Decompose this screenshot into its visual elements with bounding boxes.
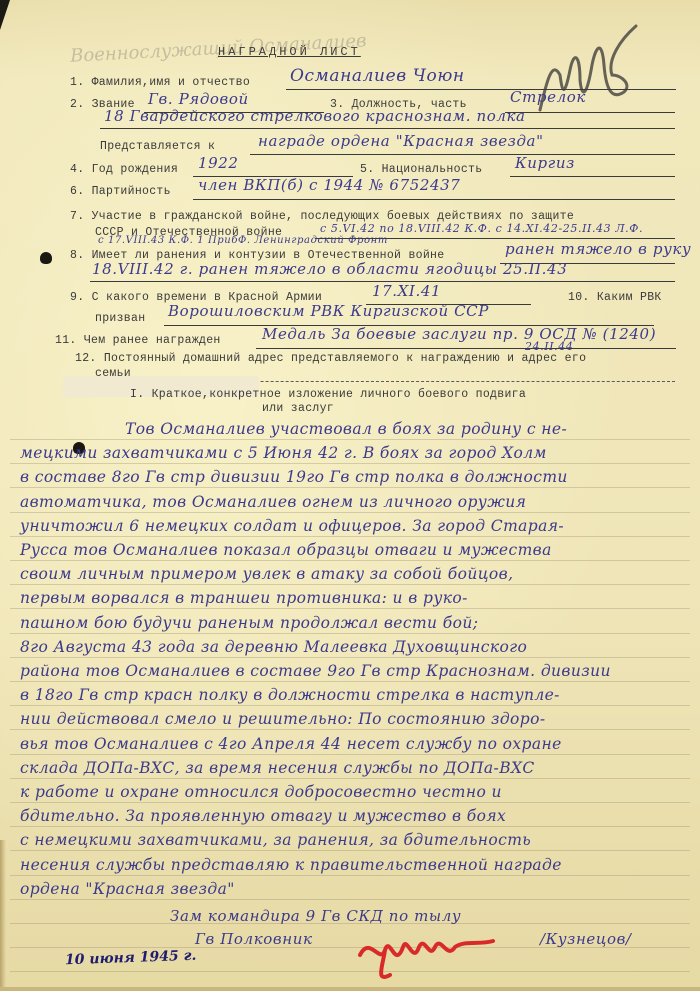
section-heading: I. Краткое,конкретное изложение личного … bbox=[130, 388, 526, 401]
narrative-line: первым ворвался в траншеи противника: и … bbox=[20, 589, 468, 607]
field-value-previous-awards: Медаль За боевые заслуги пр. 9 ОСД № (12… bbox=[262, 325, 656, 343]
field-value-award: награде ордена "Красная звезда" bbox=[258, 132, 544, 150]
field-label-draft-office: 10. Каким РВК bbox=[568, 291, 662, 304]
ruled-line bbox=[10, 778, 690, 779]
field-value-rank: Гв. Рядовой bbox=[148, 90, 249, 108]
ruled-line bbox=[10, 729, 690, 730]
narrative-line: ордена "Красная звезда" bbox=[20, 880, 235, 898]
ruled-line bbox=[10, 439, 690, 440]
narrative-line: Тов Османалиев участвовал в боях за роди… bbox=[125, 420, 567, 438]
ruled-line bbox=[10, 899, 690, 900]
ruled-line bbox=[10, 681, 690, 682]
field-label-drafted: призван bbox=[95, 312, 145, 325]
field-value-nationality: Киргиз bbox=[515, 154, 575, 172]
field-value-name: Османалиев Чоюн bbox=[290, 66, 465, 86]
narrative-line: мецкими захватчиками с 5 Июня 42 г. В бо… bbox=[20, 444, 547, 462]
field-label-party: 6. Партийность bbox=[70, 185, 171, 198]
narrative-line: пашном бою будучи раненым продолжал вест… bbox=[20, 614, 478, 632]
ruled-line bbox=[10, 657, 690, 658]
narrative-line: уничтожил 6 немецких солдат и офицеров. … bbox=[20, 517, 564, 535]
ruled-line bbox=[10, 802, 690, 803]
narrative-line: нии действовал смело и решительно: По со… bbox=[20, 710, 545, 728]
narrative-line: с немецкими захватчиками, за ранения, за… bbox=[20, 831, 531, 849]
document-title: НАГРАДНОЙ ЛИСТ bbox=[218, 45, 361, 59]
narrative-line: района тов Османалиев в составе 9го Гв с… bbox=[20, 662, 611, 680]
ruled-line bbox=[10, 705, 690, 706]
signature-title: Зам командира 9 Гв СКД по тылу bbox=[170, 907, 461, 925]
field-value-wounds-2: 18.VIII.42 г. ранен тяжело в области яго… bbox=[92, 260, 567, 278]
signature-name: /Кузнецов/ bbox=[540, 930, 632, 948]
ruled-line bbox=[10, 560, 690, 561]
field-value-unit: 18 Гвардейского стрелкового краснознам. … bbox=[104, 107, 526, 125]
narrative-line: в 18го Гв стр красн полку в должности ст… bbox=[20, 686, 560, 704]
field-label-nominated: Представляется к bbox=[100, 140, 215, 153]
field-value-war-participation: с 5.VI.42 по 18.VIII.42 К.Ф. с 14.XI.42-… bbox=[320, 222, 643, 235]
ruled-line bbox=[10, 584, 690, 585]
field-label-previous-awards: 11. Чем ранее награжден bbox=[55, 334, 221, 347]
field-value-wounds: ранен тяжело в руку bbox=[505, 240, 691, 258]
ruled-line bbox=[10, 850, 690, 851]
ruled-line bbox=[10, 487, 690, 488]
narrative-line: автоматчика, тов Османалиев огнем из лич… bbox=[20, 493, 526, 511]
narrative-line: склада ДОПа-ВХС, за время несения службы… bbox=[20, 759, 535, 777]
narrative-line: к работе и охране относился добросовестн… bbox=[20, 783, 502, 801]
red-signature bbox=[355, 925, 495, 985]
torn-corner bbox=[0, 0, 10, 30]
section-heading-2: или заслуг bbox=[262, 402, 334, 415]
ruled-line bbox=[10, 971, 690, 972]
ruled-line bbox=[10, 536, 690, 537]
field-value-war-participation-2: с 17.VIII.43 К.Ф. 1 ПрибФ. Ленинградский… bbox=[98, 235, 388, 246]
ruled-line bbox=[10, 512, 690, 513]
signature-rank: Гв Полковник bbox=[195, 930, 313, 948]
narrative-line: бдительно. За проявленную отвагу и мужес… bbox=[20, 807, 506, 825]
narrative-line: своим личным примером увлек в атаку за с… bbox=[20, 565, 513, 583]
paper-edge-shadow bbox=[0, 840, 6, 991]
narrative-line: в составе 8го Гв стр дивизии 19го Гв стр… bbox=[20, 468, 568, 486]
field-label-name: 1. Фамилия,имя и отчество bbox=[70, 76, 250, 89]
field-value-birth-year: 1922 bbox=[198, 154, 239, 172]
narrative-line: вья тов Османалиев с 4го Апреля 44 несет… bbox=[20, 735, 562, 753]
punch-hole bbox=[40, 252, 52, 264]
ruled-line bbox=[10, 754, 690, 755]
ruled-line bbox=[10, 633, 690, 634]
narrative-line: 8го Августа 43 года за деревню Малеевка … bbox=[20, 638, 527, 656]
ruled-line bbox=[10, 826, 690, 827]
ruled-line bbox=[10, 608, 690, 609]
field-value-party: член ВКП(б) с 1944 № 6752437 bbox=[198, 176, 460, 194]
field-label-birth-year: 4. Год рождения bbox=[70, 163, 178, 176]
narrative-line: несения службы представляю к правительст… bbox=[20, 856, 562, 874]
ruled-line bbox=[10, 463, 690, 464]
ruled-line bbox=[10, 875, 690, 876]
field-label-nationality: 5. Национальность bbox=[360, 163, 482, 176]
paper-bottom-edge bbox=[0, 987, 700, 991]
field-value-draft-office: Ворошиловским РВК Киргизской ССР bbox=[168, 302, 489, 320]
field-value-army-since: 17.XI.41 bbox=[372, 282, 441, 300]
field-label-home-address: 12. Постоянный домашний адрес представля… bbox=[75, 352, 586, 365]
narrative-line: Русса тов Османалиев показал образцы отв… bbox=[20, 541, 552, 559]
field-value-position: Стрелок bbox=[510, 88, 586, 106]
